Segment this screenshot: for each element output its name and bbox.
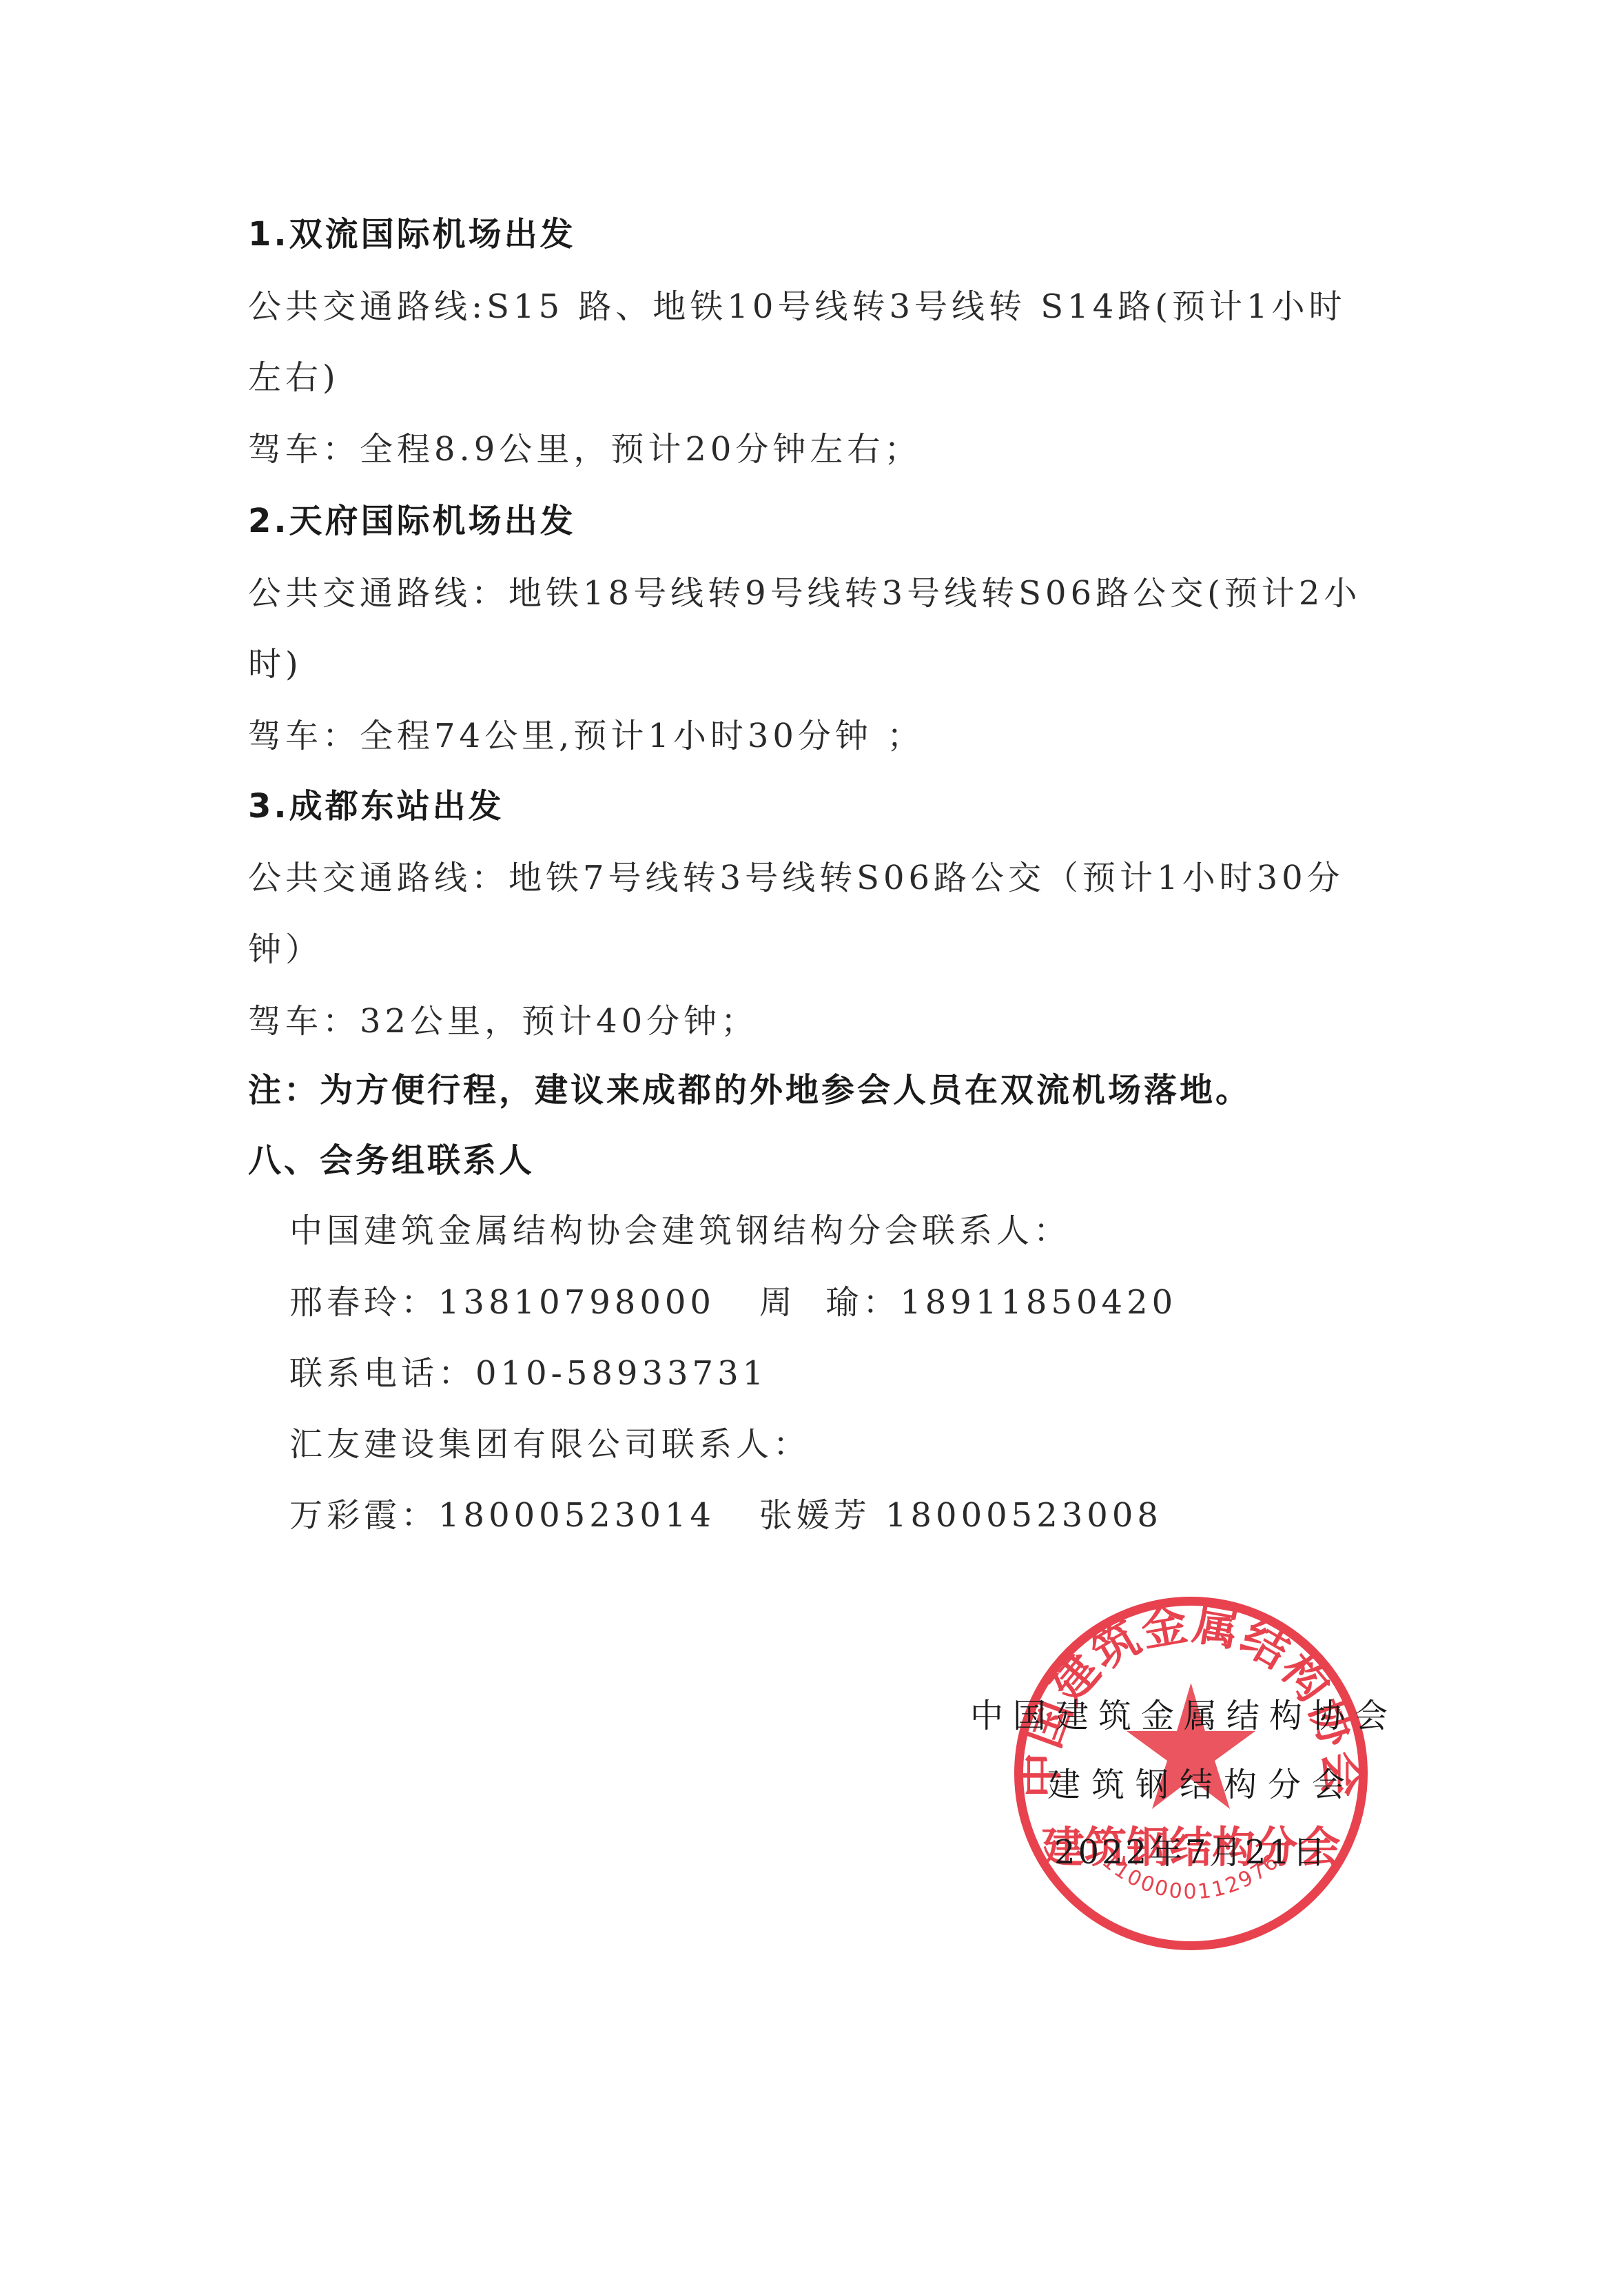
signature-branch: 建筑钢结构分会 xyxy=(1047,1764,1356,1806)
section-heading-shuangliu: 1.双流国际机场出发 xyxy=(248,214,576,255)
travel-note: 注：为方便行程，建议来成都的外地参会人员在双流机场落地。 xyxy=(248,1070,1251,1111)
org1-contact-phone: 联系电话：010-58933731 xyxy=(289,1353,768,1394)
org1-contact-people: 邢春玲：13810798000 周 瑜：18911850420 xyxy=(289,1282,1177,1323)
transit-route-shuangliu: 公共交通路线:S15 路、地铁10号线转3号线转 S14路(预计1小时 xyxy=(248,286,1346,327)
contacts-heading: 八、会务组联系人 xyxy=(248,1140,535,1181)
transit-route-tianfu-cont: 时) xyxy=(248,644,302,685)
transit-route-chengdu-east: 公共交通路线：地铁7号线转3号线转S06路公交（预计1小时30分 xyxy=(248,857,1344,899)
signature-date: 2022年7月21日 xyxy=(1054,1832,1328,1873)
section-heading-chengdu-east: 3.成都东站出发 xyxy=(248,786,504,827)
drive-route-chengdu-east: 驾车：32公里，预计40分钟； xyxy=(248,1001,758,1042)
transit-route-chengdu-east-cont: 钟） xyxy=(248,929,322,970)
org2-contact-people: 万彩霞：18000523014 张媛芳 18000523008 xyxy=(289,1495,1162,1536)
drive-route-shuangliu: 驾车：全程8.9公里，预计20分钟左右； xyxy=(248,429,921,470)
org1-contact-label: 中国建筑金属结构协会建筑钢结构分会联系人： xyxy=(289,1210,1071,1251)
drive-route-tianfu: 驾车：全程74公里,预计1小时30分钟 ； xyxy=(248,715,924,757)
section-heading-tianfu: 2.天府国际机场出发 xyxy=(248,500,576,542)
transit-route-shuangliu-cont: 左右) xyxy=(248,357,340,398)
document-page: 1.双流国际机场出发 公共交通路线:S15 路、地铁10号线转3号线转 S14路… xyxy=(0,0,1624,2281)
transit-route-tianfu: 公共交通路线：地铁18号线转9号线转3号线转S06路公交(预计2小 xyxy=(248,573,1361,614)
signature-org: 中国建筑金属结构协会 xyxy=(970,1695,1397,1737)
org2-contact-label: 汇友建设集团有限公司联系人： xyxy=(289,1424,810,1465)
